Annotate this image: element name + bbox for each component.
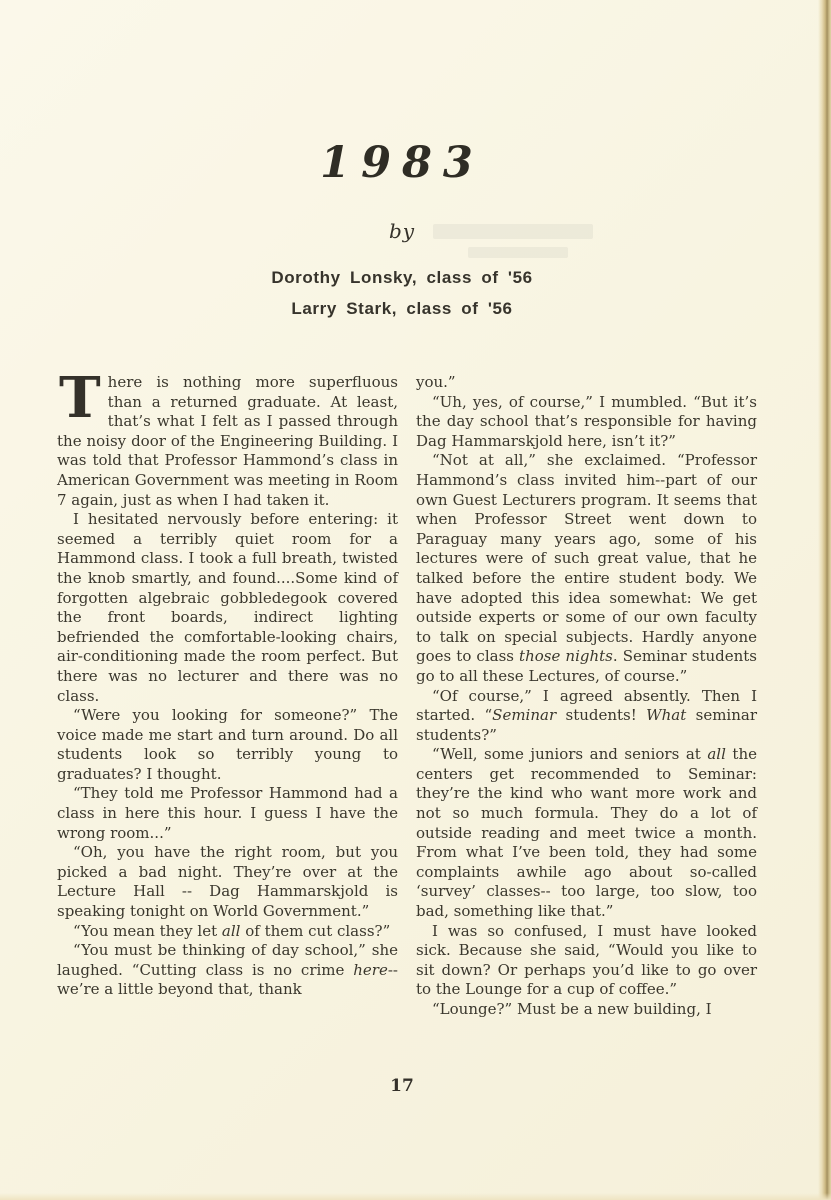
dropcap-letter: T	[57, 373, 108, 421]
paragraph: “Not at all,” she exclaimed. “Professor …	[416, 451, 757, 686]
paragraph: “They told me Professor Hammond had a cl…	[57, 784, 398, 843]
paragraph: “Of course,” I agreed absently. Then I s…	[416, 687, 757, 746]
byline-prefix: by	[52, 219, 752, 243]
text-run: here is nothing more superfluous than a …	[57, 373, 398, 509]
emphasized-text: What	[646, 706, 686, 724]
author-name: Dorothy Lonsky, class of '56	[52, 262, 752, 293]
text-run: “You mean they let	[73, 922, 222, 940]
paragraph: I was so confused, I must have looked si…	[416, 922, 757, 1000]
page-number: 17	[52, 1076, 752, 1096]
story-body: There is nothing more superfluous than a…	[57, 373, 757, 1020]
left-column: There is nothing more superfluous than a…	[57, 373, 398, 1020]
emphasized-text: those nights	[519, 647, 613, 665]
text-run: of them cut class?”	[240, 922, 390, 940]
paragraph: There is nothing more superfluous than a…	[57, 373, 398, 510]
paragraph: you.”	[416, 373, 757, 393]
text-run: the centers get recommended to Seminar: …	[416, 745, 757, 920]
emphasized-text: here	[353, 961, 388, 979]
text-run: students!	[556, 706, 646, 724]
text-run: “Oh, you have the right room, but you pi…	[57, 843, 398, 920]
right-column: you.”“Uh, yes, of course,” I mumbled. “B…	[416, 373, 757, 1020]
text-run: “They told me Professor Hammond had a cl…	[57, 784, 398, 841]
text-run: “Not at all,” she exclaimed. “Professor …	[416, 451, 757, 665]
text-run: “Lounge?” Must be a new building, I	[432, 1000, 712, 1018]
story-title: 1983	[52, 138, 752, 188]
paragraph: “Were you looking for someone?” The voic…	[57, 706, 398, 784]
text-run: I hesitated nervously before entering: i…	[57, 510, 398, 704]
scan-smudge	[468, 247, 568, 258]
paragraph: “Lounge?” Must be a new building, I	[416, 1000, 757, 1020]
page-bottom-edge	[0, 1193, 831, 1200]
emphasized-text: Seminar	[492, 706, 556, 724]
emphasized-text: all	[222, 922, 241, 940]
paragraph: “Uh, yes, of course,” I mumbled. “But it…	[416, 393, 757, 452]
text-run: “Were you looking for someone?” The voic…	[57, 706, 398, 783]
author-name: Larry Stark, class of '56	[52, 293, 752, 324]
emphasized-text: all	[707, 745, 726, 763]
paragraph: I hesitated nervously before entering: i…	[57, 510, 398, 706]
text-run: I was so confused, I must have looked si…	[416, 922, 757, 999]
text-run: “You must be thinking of day school,” sh…	[57, 941, 398, 979]
paragraph: “You must be thinking of day school,” sh…	[57, 941, 398, 1000]
text-run: “Well, some juniors and seniors at	[432, 745, 707, 763]
text-run: “Uh, yes, of course,” I mumbled. “But it…	[416, 393, 757, 450]
paragraph: “Oh, you have the right room, but you pi…	[57, 843, 398, 921]
book-page-edge	[818, 0, 831, 1200]
text-run: you.”	[416, 373, 456, 391]
paragraph: “Well, some juniors and seniors at all t…	[416, 745, 757, 921]
byline: Dorothy Lonsky, class of '56 Larry Stark…	[52, 262, 752, 324]
paragraph: “You mean they let all of them cut class…	[57, 922, 398, 942]
